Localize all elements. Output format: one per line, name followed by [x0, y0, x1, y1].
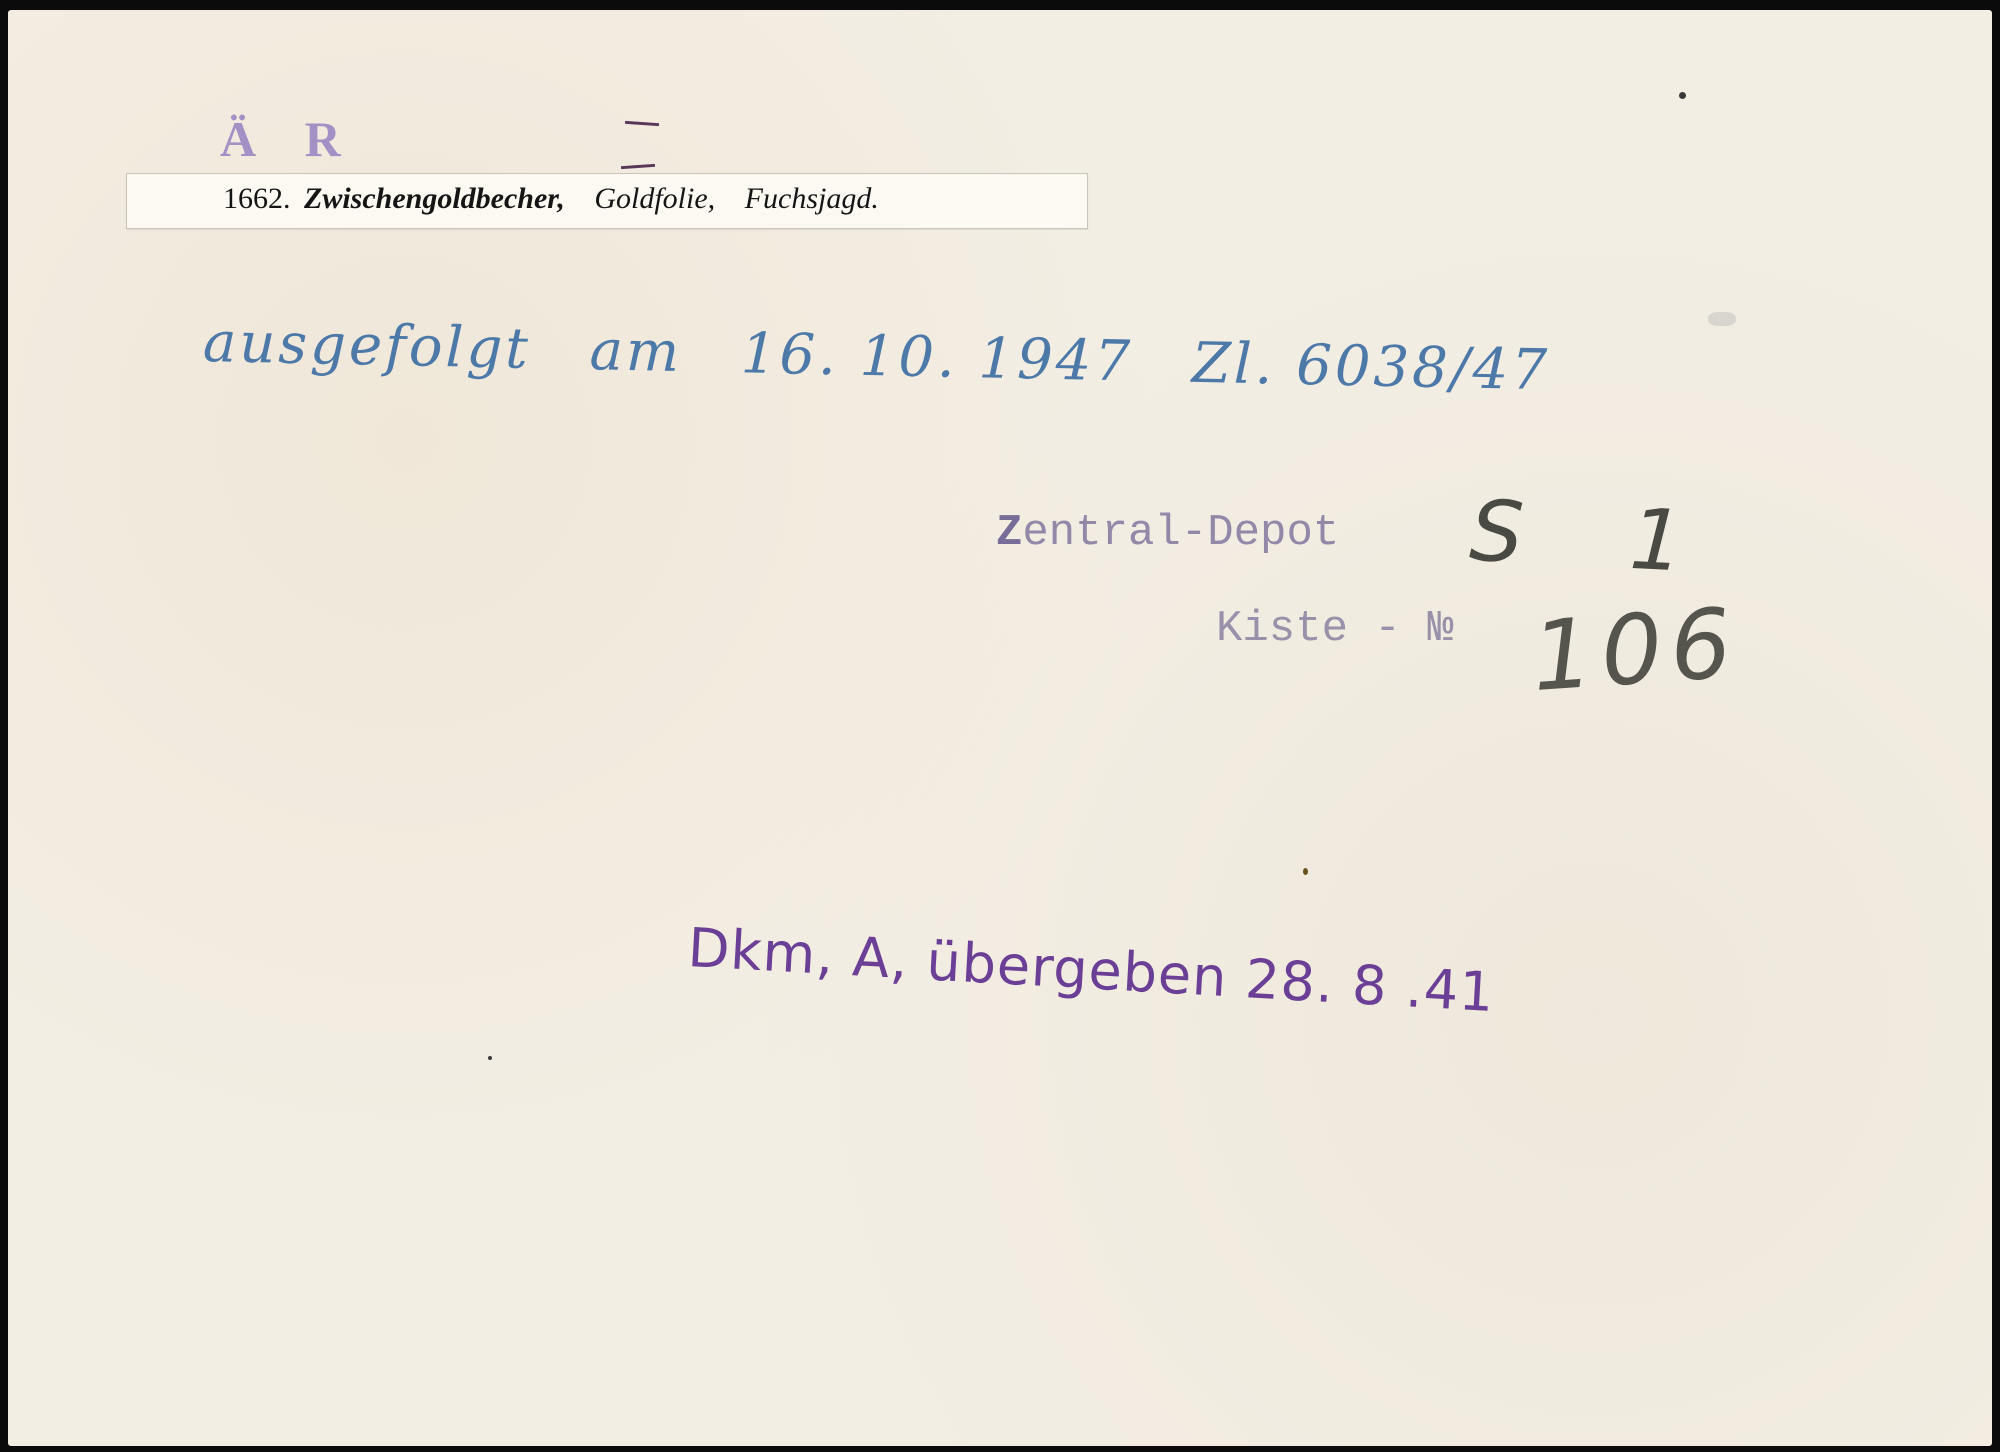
paper-speck: [1303, 868, 1308, 875]
pencil-box-number: 106: [1528, 587, 1743, 713]
note-word-am: am: [589, 318, 683, 385]
object-motif: Fuchsjagd.: [745, 182, 879, 215]
inventory-number: 1662.: [223, 182, 291, 215]
note-date: 16. 10. 1947: [740, 321, 1134, 394]
pencil-depot-code: S 1: [1468, 481, 1726, 592]
object-material: Goldfolie,: [594, 182, 715, 215]
handwritten-release-note: ausgefolgt am 16. 10. 1947 Zl. 6038/47: [202, 310, 1588, 404]
purple-dash-mark: [625, 121, 659, 126]
note-reference-number: Zl. 6038/47: [1191, 331, 1550, 403]
paper-speck: [488, 1056, 492, 1060]
stamp-transfer: Dkm, A, übergeben28. 8 .41: [686, 916, 1496, 1024]
pasted-label-strip: 1662. Zwischengoldbecher, Goldfolie, Fuc…: [126, 173, 1088, 229]
stamp-ar: Ä R: [220, 110, 359, 168]
archive-index-card: Ä R 1662. Zwischengoldbecher, Goldfolie,…: [8, 10, 1992, 1446]
paper-smudge: [1708, 312, 1736, 326]
stamp-initial: Z: [996, 508, 1022, 558]
transfer-date: 28. 8 .41: [1244, 947, 1497, 1024]
transfer-text: Dkm, A, übergeben: [686, 916, 1229, 1009]
purple-dash-mark: [621, 164, 655, 169]
label-text: 1662. Zwischengoldbecher, Goldfolie, Fuc…: [223, 182, 879, 216]
object-title: Zwischengoldbecher,: [304, 182, 565, 215]
stamp-kiste-number: Kiste - №: [1216, 604, 1454, 654]
stamp-zentral-depot: Zentral-Depot: [996, 508, 1339, 558]
stamp-rest: entral-Depot: [1022, 508, 1339, 558]
note-word-ausgefolgt: ausgefolgt: [202, 310, 531, 382]
paper-speck: [1679, 92, 1686, 99]
